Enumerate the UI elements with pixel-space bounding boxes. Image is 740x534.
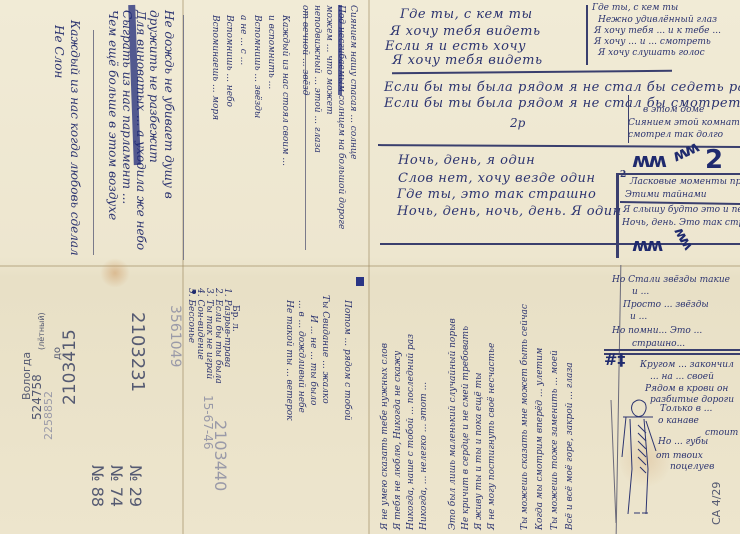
poem-line: Если я и есть хочу (385, 39, 526, 54)
figure-sketch-icon (608, 395, 668, 525)
manuscript-line: Чем ещё больше в этом воздухе (106, 10, 120, 220)
margin-line: Кругом ... закончил (640, 360, 734, 370)
manuscript-line: Сиянием нашу спасая ... солнце (348, 5, 358, 160)
margin-line: поцелуев (670, 462, 714, 472)
scribble-mark: ʍʍ (671, 225, 696, 252)
list-item: 5. Бессонье (186, 288, 196, 343)
poem-line: Это был лишь маленький случайный порыв (448, 318, 458, 530)
manuscript-sheet: Не дождь не убивает душу в дружить не ра… (0, 0, 740, 534)
repeat-mark: 2р (510, 116, 525, 130)
poem-line: Слов нет, хочу везде один (398, 171, 595, 186)
box-line: Этими тайнами (625, 190, 707, 200)
poem-line: Я тебя не люблю, Никогда не скажу (393, 351, 403, 530)
manuscript-line: и вспомнить ... (266, 15, 276, 89)
manuscript-line: Ты Свидание ... жалко (320, 295, 330, 404)
manuscript-line: Вспомнишь ... небо (224, 15, 234, 107)
list-item: 4. Сон-видение (195, 288, 205, 360)
pencil-number: 2103231 (127, 312, 148, 392)
margin-line: смотрел так долго (628, 130, 723, 140)
faint-number: 15-67-46 (201, 395, 215, 449)
poem-line: Не кричит в сердце и не смей требовать (461, 326, 471, 530)
poem-line: Когда мы смотрим вперёд ... улетим (535, 348, 545, 530)
poem-line: Я не могу постигнуть своё несчастье (487, 343, 497, 530)
margin-line: страшно... (632, 339, 685, 349)
poem-line: Ты можешь сказать мне может быть сейчас (520, 304, 530, 530)
box-border (616, 173, 619, 258)
poem-line: Ты можешь тоже заменить ... моей (550, 350, 560, 530)
manuscript-line: Вспомнишь ... звёзды (252, 15, 262, 118)
margin-line: ... на ... своей (650, 372, 714, 382)
fold-line (368, 0, 370, 534)
poem-line: Я хочу тебя видеть (390, 24, 541, 39)
scribble-mark: ʍʍ (632, 148, 665, 172)
margin-line: Нежно удивлённый глаз (598, 15, 717, 25)
box-number: 2 (620, 170, 626, 180)
margin-bracket (586, 5, 588, 65)
divider (93, 30, 94, 255)
ink-stamp (356, 277, 364, 286)
manuscript-line: неподвижный ... этой ... глаза (312, 5, 322, 153)
poem-line: Никогда, наше с тобой ... последний раз (406, 334, 416, 530)
scribble-mark: ʍʍ (632, 235, 661, 256)
margin-line: Я хочу слушать голос (598, 48, 705, 58)
margin-bracket (628, 95, 629, 143)
list-item: 1. Разрыв-трава (222, 288, 232, 367)
list-item: 2. Если бы ты была (213, 288, 223, 384)
number-scribble-2: 2 (705, 145, 723, 175)
poem-line: Ночь, день, ночь, день. Я один (397, 204, 622, 219)
manuscript-line: Вспоминаешь ... моря (210, 15, 220, 120)
bullet-dot (192, 290, 196, 294)
poem-line: Где ты, с кем ты (400, 7, 533, 22)
divider (183, 15, 184, 260)
manuscript-line: Каждый из нас когда любовь сделал (68, 20, 82, 256)
manuscript-line: И ... не ... ты было (308, 315, 318, 405)
margin-line: Я хочу ... и ... смотреть (594, 37, 711, 47)
manuscript-line: Не такой ты ... ветерок (284, 300, 294, 421)
manuscript-line: а не ... с ... (238, 15, 248, 65)
margin-line: стоит (705, 428, 738, 438)
poem-line: Если бы ты была рядом я не стал бы седет… (384, 80, 740, 95)
box-line: Я слышу будто это и песня (623, 205, 740, 215)
rx-number: № 74 (107, 465, 126, 507)
poem-line: Я не умею сказать тебе нужных слов (380, 343, 390, 530)
crossed-out-scribble (338, 5, 342, 95)
margin-line: и ... (630, 312, 647, 322)
archive-mark: СА 4/29 (710, 482, 723, 525)
manuscript-line: Не дождь не убивает душу в (162, 10, 176, 199)
paper-stain (100, 258, 130, 288)
box-border (616, 173, 740, 175)
margin-line: Сиянием этой комнаты (628, 118, 740, 128)
poem-line: Никогда, ... нелегко ... этот ... (419, 382, 429, 530)
poem-line: Где ты, это так страшно (397, 187, 596, 202)
margin-line: Но помни... Это ... (612, 326, 702, 336)
margin-line: Просто ... звёзды (623, 300, 709, 310)
manuscript-line: Каждый из нас стоял своим ... (280, 15, 290, 166)
manuscript-line: от вечной ... звёзд (300, 5, 310, 96)
pencil-number: 2103415 (60, 329, 80, 405)
manuscript-line: можем ... что может (324, 5, 334, 115)
manuscript-line: дружить не разбежит (147, 10, 161, 163)
margin-line: Я хочу тебя ... и к тебе ... (594, 26, 721, 36)
margin-line: Рядом в крови он (645, 384, 728, 394)
rx-number: № 29 (126, 465, 145, 507)
label-note: (лётный) (37, 312, 46, 350)
margin-line: Где ты, с кем ты (592, 3, 678, 13)
poem-line: Я живу ты и ты и пока ещё ты (474, 373, 484, 530)
poem-line: Всё и всё моё горе, закрой ... глаза (565, 362, 575, 530)
rx-number: № 88 (88, 465, 107, 507)
poem-line: Ночь, день, я один (398, 153, 535, 168)
divider (392, 70, 672, 74)
list-item: 3. Ты так не играй (204, 288, 214, 379)
manuscript-line: ... в ... дождливый небе (296, 300, 306, 413)
margin-line: Но Стали звёзды такие (612, 275, 730, 285)
pencil-number: 3561049 (167, 305, 183, 367)
box-line: Ласковые моменты прелести (630, 177, 740, 187)
margin-line: и ... (632, 287, 649, 297)
manuscript-line: Потом ... рядом с тобой (342, 300, 352, 421)
margin-line: в этом доме (643, 105, 704, 115)
hash-scribble: #‡ (604, 350, 625, 369)
manuscript-line: Не Слон (52, 25, 66, 78)
poem-line: Я хочу тебя видеть (392, 53, 543, 68)
scribble-mark: ʍʍ (669, 137, 700, 165)
faint-number: 2258852 (42, 391, 55, 440)
